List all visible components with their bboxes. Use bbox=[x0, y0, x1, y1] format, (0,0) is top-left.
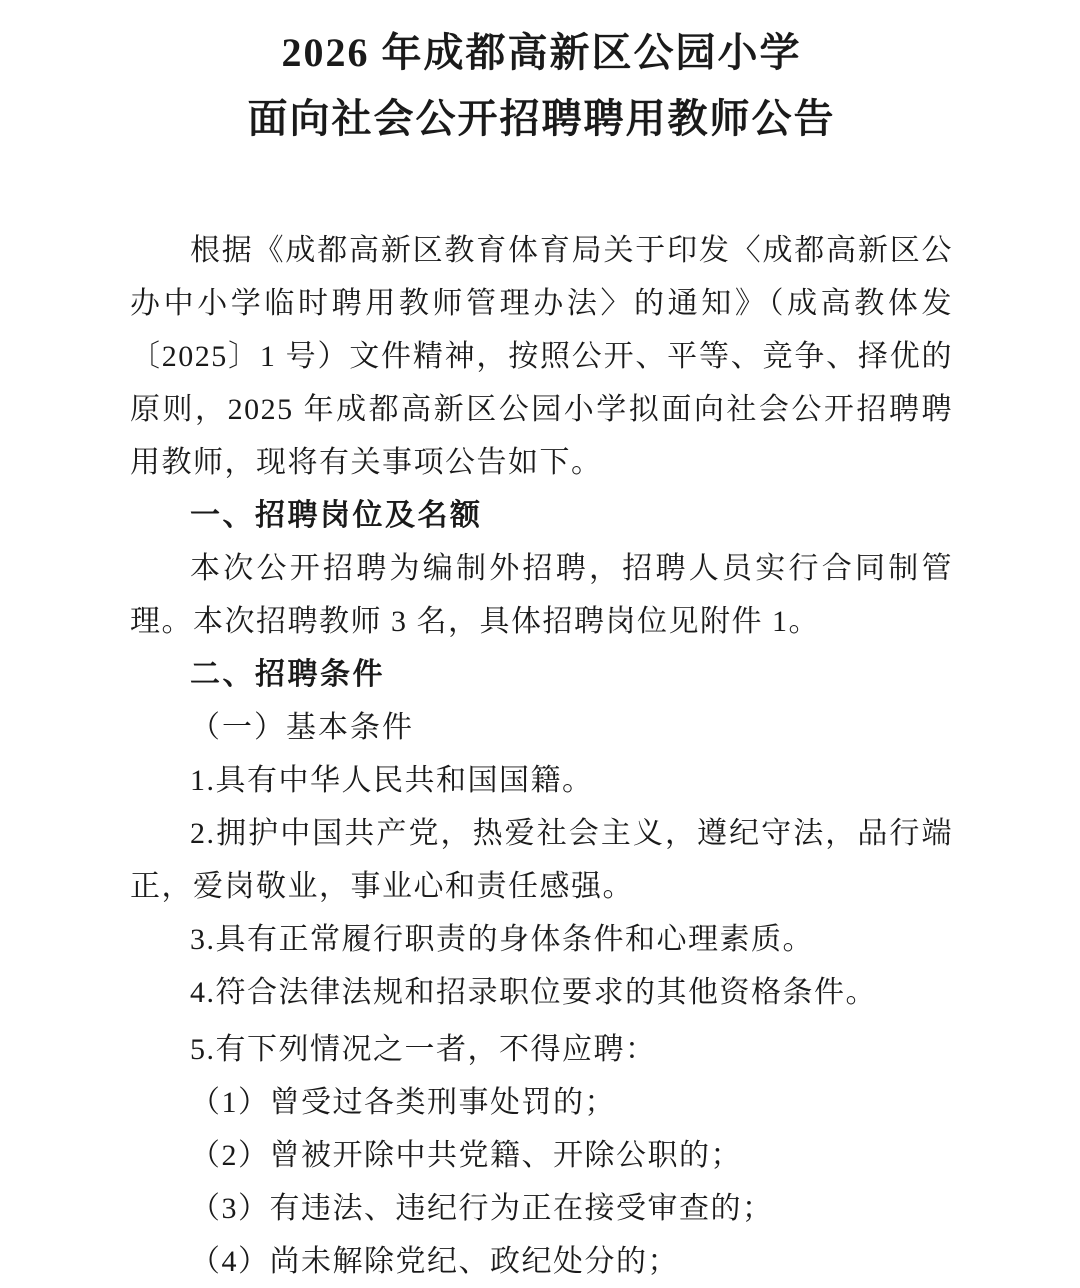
condition-item-1: 1.具有中华人民共和国国籍。 bbox=[130, 754, 953, 807]
disqualification-item-1: （1）曾受过各类刑事处罚的； bbox=[130, 1076, 953, 1129]
condition-item-2: 2.拥护中国共产党，热爱社会主义，遵纪守法，品行端正，爱岗敬业，事业心和责任感强… bbox=[130, 807, 953, 913]
section-1-paragraph: 本次公开招聘为编制外招聘，招聘人员实行合同制管理。本次招聘教师 3 名，具体招聘… bbox=[130, 542, 953, 648]
document-body: 根据《成都高新区教育体育局关于印发〈成都高新区公办中小学临时聘用教师管理办法〉的… bbox=[130, 224, 953, 1288]
document-title: 2026 年成都高新区公园小学 面向社会公开招聘聘用教师公告 bbox=[130, 20, 953, 152]
condition-item-4: 4.符合法律法规和招录职位要求的其他资格条件。 bbox=[130, 966, 953, 1019]
disqualification-item-3: （3）有违法、违纪行为正在接受审查的； bbox=[130, 1182, 953, 1235]
intro-paragraph: 根据《成都高新区教育体育局关于印发〈成都高新区公办中小学临时聘用教师管理办法〉的… bbox=[130, 224, 953, 489]
section-heading-2: 二、招聘条件 bbox=[130, 648, 953, 701]
document-title-line-1: 2026 年成都高新区公园小学 bbox=[130, 20, 953, 86]
subsection-heading-2-1: （一）基本条件 bbox=[130, 701, 953, 754]
condition-item-3: 3.具有正常履行职责的身体条件和心理素质。 bbox=[130, 913, 953, 966]
disqualification-item-4: （4）尚未解除党纪、政纪处分的； bbox=[130, 1235, 953, 1288]
announcement-document: 2026 年成都高新区公园小学 面向社会公开招聘聘用教师公告 根据《成都高新区教… bbox=[0, 0, 1080, 1288]
disqualification-item-2: （2）曾被开除中共党籍、开除公职的； bbox=[130, 1129, 953, 1182]
section-heading-1: 一、招聘岗位及名额 bbox=[130, 489, 953, 542]
document-title-line-2: 面向社会公开招聘聘用教师公告 bbox=[130, 86, 953, 152]
condition-item-5: 5.有下列情况之一者，不得应聘： bbox=[130, 1023, 953, 1076]
